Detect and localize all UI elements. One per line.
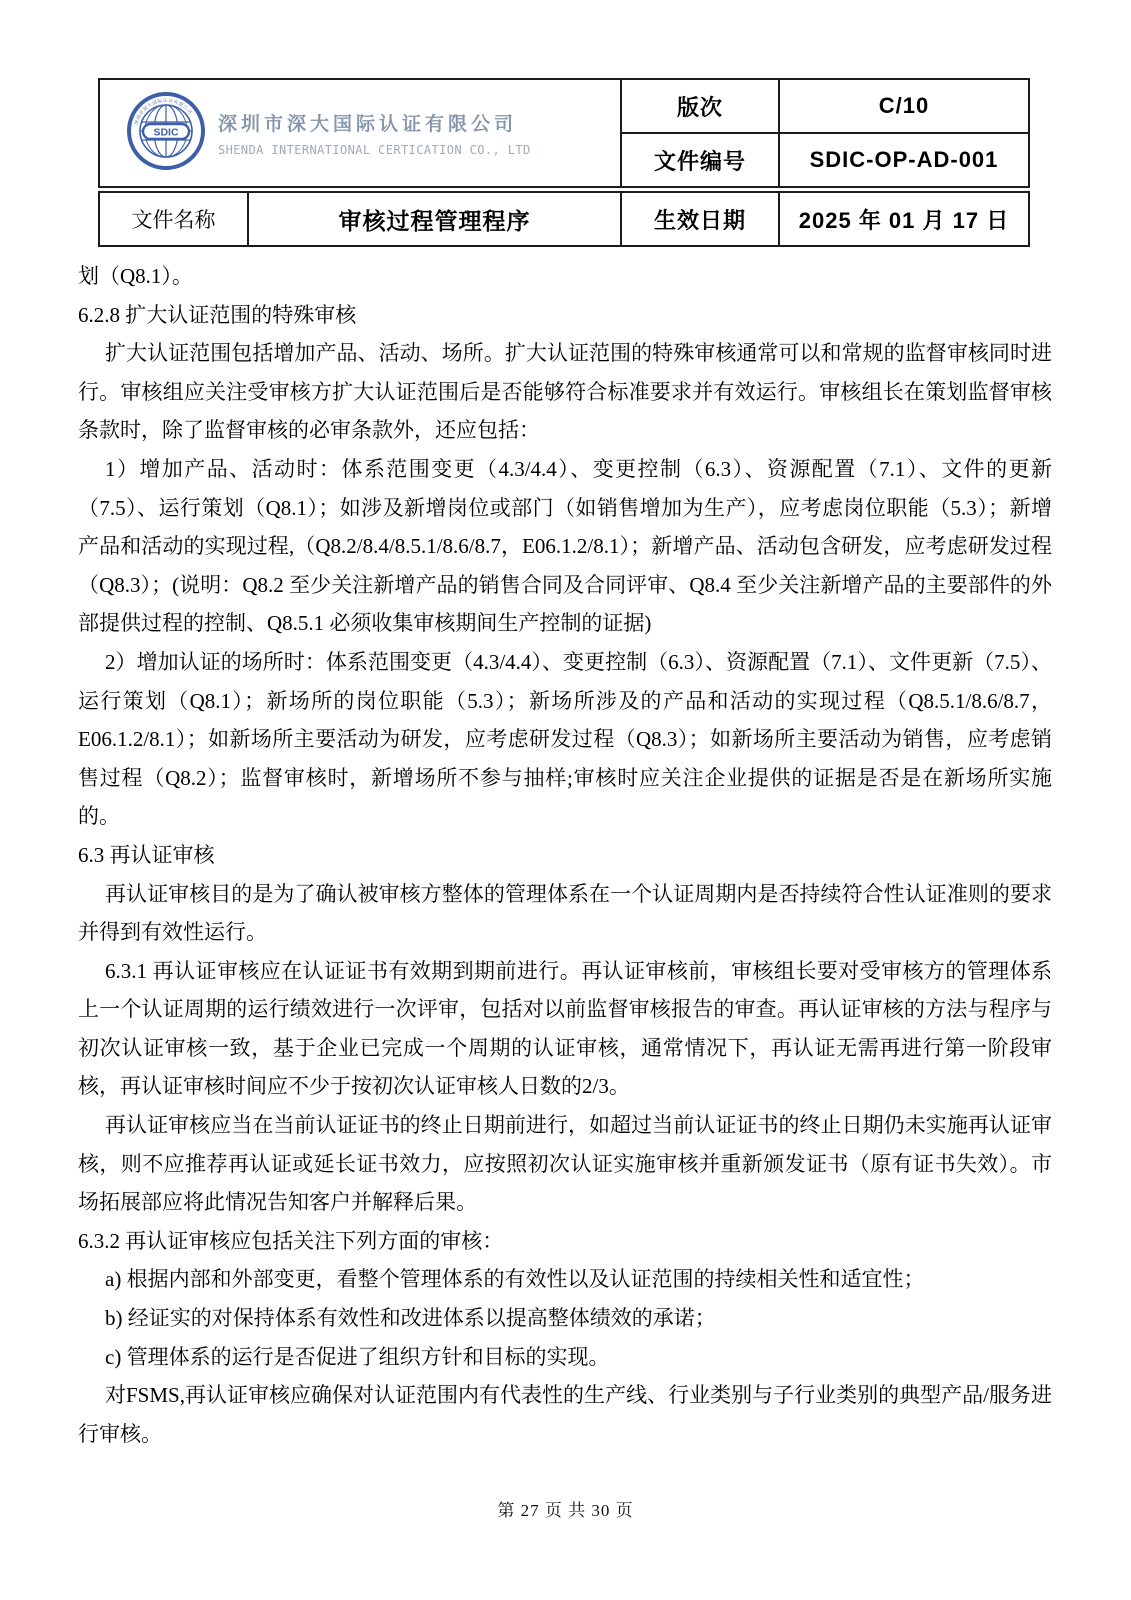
document-body: 划（Q8.1）。 6.2.8 扩大认证范围的特殊审核 扩大认证范围包括增加产品、… bbox=[78, 257, 1052, 1453]
heading-6-3: 6.3 再认证审核 bbox=[78, 836, 1052, 875]
heading-6-2-8: 6.2.8 扩大认证范围的特殊审核 bbox=[78, 296, 1052, 335]
paragraph: 扩大认证范围包括增加产品、活动、场所。扩大认证范围的特殊审核通常可以和常规的监督… bbox=[78, 334, 1052, 450]
effective-date-value: 2025 年 01 月 17 日 bbox=[779, 192, 1029, 246]
list-item-b: b) 经证实的对保持体系有效性和改进体系以提高整体绩效的承诺； bbox=[78, 1299, 1052, 1338]
doc-name-label: 文件名称 bbox=[99, 192, 248, 246]
paragraph: 再认证审核目的是为了确认被审核方整体的管理体系在一个认证周期内是否持续符合性认证… bbox=[78, 875, 1052, 952]
paragraph-item-1: 1）增加产品、活动时：体系范围变更（4.3/4.4）、变更控制（6.3）、资源配… bbox=[78, 450, 1052, 643]
company-name-en: SHENDA INTERNATIONAL CERTICATION CO., LT… bbox=[218, 143, 531, 157]
version-label: 版次 bbox=[621, 79, 779, 133]
doc-number-label: 文件编号 bbox=[621, 133, 779, 187]
list-item-a: a) 根据内部和外部变更，看整个管理体系的有效性以及认证范围的持续相关性和适宜性… bbox=[78, 1260, 1052, 1299]
header-table-bottom: 文件名称 审核过程管理程序 生效日期 2025 年 01 月 17 日 bbox=[98, 191, 1030, 247]
doc-number-value: SDIC-OP-AD-001 bbox=[779, 133, 1029, 187]
paragraph-continuation: 划（Q8.1）。 bbox=[78, 257, 1052, 296]
document-header: 深圳市深大国际认证有限公司 SDIC 深圳市深大国际认证有限公司 SHENDA … bbox=[98, 78, 1028, 247]
paragraph-6-3-1: 6.3.1 再认证审核应在认证证书有效期到期前进行。再认证审核前，审核组长要对受… bbox=[78, 952, 1052, 1106]
version-value: C/10 bbox=[779, 79, 1029, 133]
logo-cell: 深圳市深大国际认证有限公司 SDIC 深圳市深大国际认证有限公司 SHENDA … bbox=[99, 79, 621, 187]
page-number-footer: 第 27 页 共 30 页 bbox=[0, 1496, 1131, 1521]
company-name-cn: 深圳市深大国际认证有限公司 bbox=[218, 109, 531, 136]
header-table-top: 深圳市深大国际认证有限公司 SDIC 深圳市深大国际认证有限公司 SHENDA … bbox=[98, 78, 1030, 188]
paragraph: 再认证审核应当在当前认证证书的终止日期前进行，如超过当前认证证书的终止日期仍未实… bbox=[78, 1106, 1052, 1222]
company-logo-icon: 深圳市深大国际认证有限公司 SDIC bbox=[126, 91, 206, 176]
paragraph-item-2: 2）增加认证的场所时：体系范围变更（4.3/4.4）、变更控制（6.3）、资源配… bbox=[78, 643, 1052, 836]
doc-name-value: 审核过程管理程序 bbox=[248, 192, 621, 246]
logo-badge-text: SDIC bbox=[153, 126, 179, 138]
heading-6-3-2: 6.3.2 再认证审核应包括关注下列方面的审核： bbox=[78, 1222, 1052, 1261]
list-item-c: c) 管理体系的运行是否促进了组织方针和目标的实现。 bbox=[78, 1338, 1052, 1377]
document-page: 深圳市深大国际认证有限公司 SDIC 深圳市深大国际认证有限公司 SHENDA … bbox=[0, 0, 1131, 1600]
paragraph-fsms: 对FSMS,再认证审核应确保对认证范围内有代表性的生产线、行业类别与子行业类别的… bbox=[78, 1376, 1052, 1453]
effective-date-label: 生效日期 bbox=[621, 192, 779, 246]
